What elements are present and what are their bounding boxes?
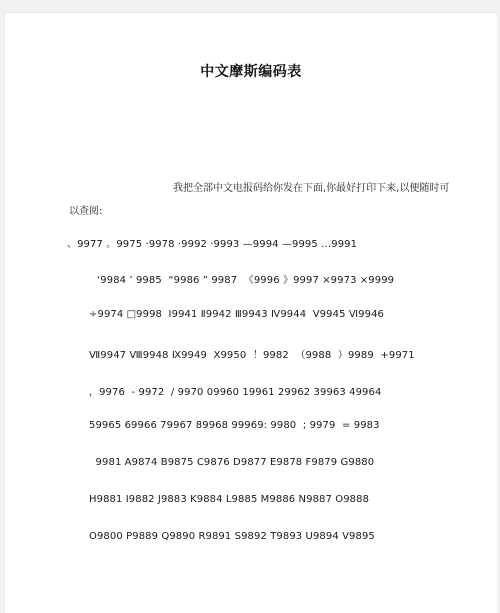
code-line-3: ÷9974 □9998 Ⅰ9941 Ⅱ9942 Ⅲ9943 Ⅳ9944 Ⅴ994… xyxy=(89,309,384,320)
code-line-4: Ⅶ9947 Ⅷ9948 Ⅸ9949 Ⅹ9950 ！9982 （9988 ）998… xyxy=(89,346,415,361)
document-title: 中文摩斯编码表 xyxy=(5,61,497,81)
intro-paragraph: 我把全部中文电报码给你发在下面,你最好打印下来,以便随时可以查阅: xyxy=(69,177,459,223)
code-line-9: O9800 P9889 Q9890 R9891 S9892 T9893 U989… xyxy=(89,531,375,542)
code-line-5: ，9976 - 9972 / 9970 09960 19961 29962 39… xyxy=(89,383,381,398)
code-line-6: 59965 69966 79967 89968 99969: 9980 ; 99… xyxy=(89,420,380,431)
code-line-7: 9981 A9874 B9875 C9876 D9877 E9878 F9879… xyxy=(89,457,374,468)
document-page: 中文摩斯编码表 我把全部中文电报码给你发在下面,你最好打印下来,以便随时可以查阅… xyxy=(4,12,497,594)
code-line-8: H9881 I9882 J9883 K9884 L9885 M9886 N988… xyxy=(89,494,369,505)
code-line-1: 、9977 。9975 ·9978 ·9992 ·9993 —9994 —999… xyxy=(67,235,357,250)
code-line-2: ‘9984 ’ 9985 “9986 ” 9987 《9996 》9997 ×9… xyxy=(97,271,394,286)
